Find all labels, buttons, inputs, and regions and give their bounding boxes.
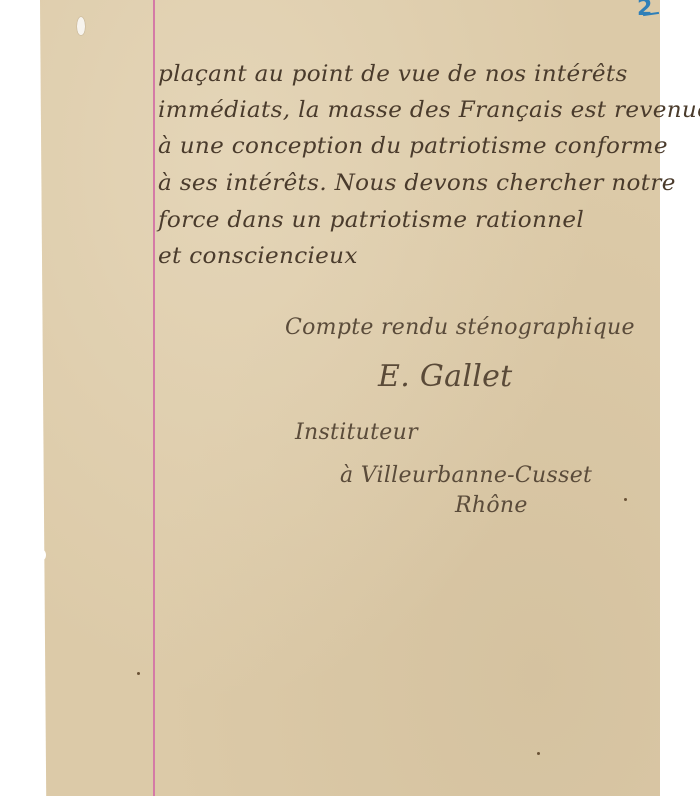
- signature: E. Gallet: [378, 360, 513, 394]
- body-line-4: à ses intérêts. Nous devons chercher not…: [158, 171, 676, 197]
- body-line-5: force dans un patriotisme rationnel: [158, 208, 584, 234]
- ink-spot: [137, 672, 140, 675]
- body-line-3: à une conception du patriotisme conforme: [158, 134, 668, 160]
- signer-location: à Villeurbanne-Cusset: [340, 463, 592, 489]
- signer-title: Instituteur: [295, 420, 418, 446]
- punch-hole: [77, 17, 85, 35]
- paper-tear: [40, 550, 46, 560]
- margin-rule: [153, 0, 155, 796]
- stenographic-note: Compte rendu sténographique: [285, 315, 635, 341]
- body-line-1: plaçant au point de vue de nos intérêts: [158, 62, 628, 88]
- page-number: 2: [637, 0, 652, 21]
- body-line-6: et consciencieux: [158, 244, 358, 270]
- body-line-2: immédiats, la masse des Français est rev…: [158, 98, 700, 124]
- ink-spot: [624, 498, 627, 501]
- signer-region: Rhône: [455, 493, 528, 519]
- ink-spot: [537, 752, 540, 755]
